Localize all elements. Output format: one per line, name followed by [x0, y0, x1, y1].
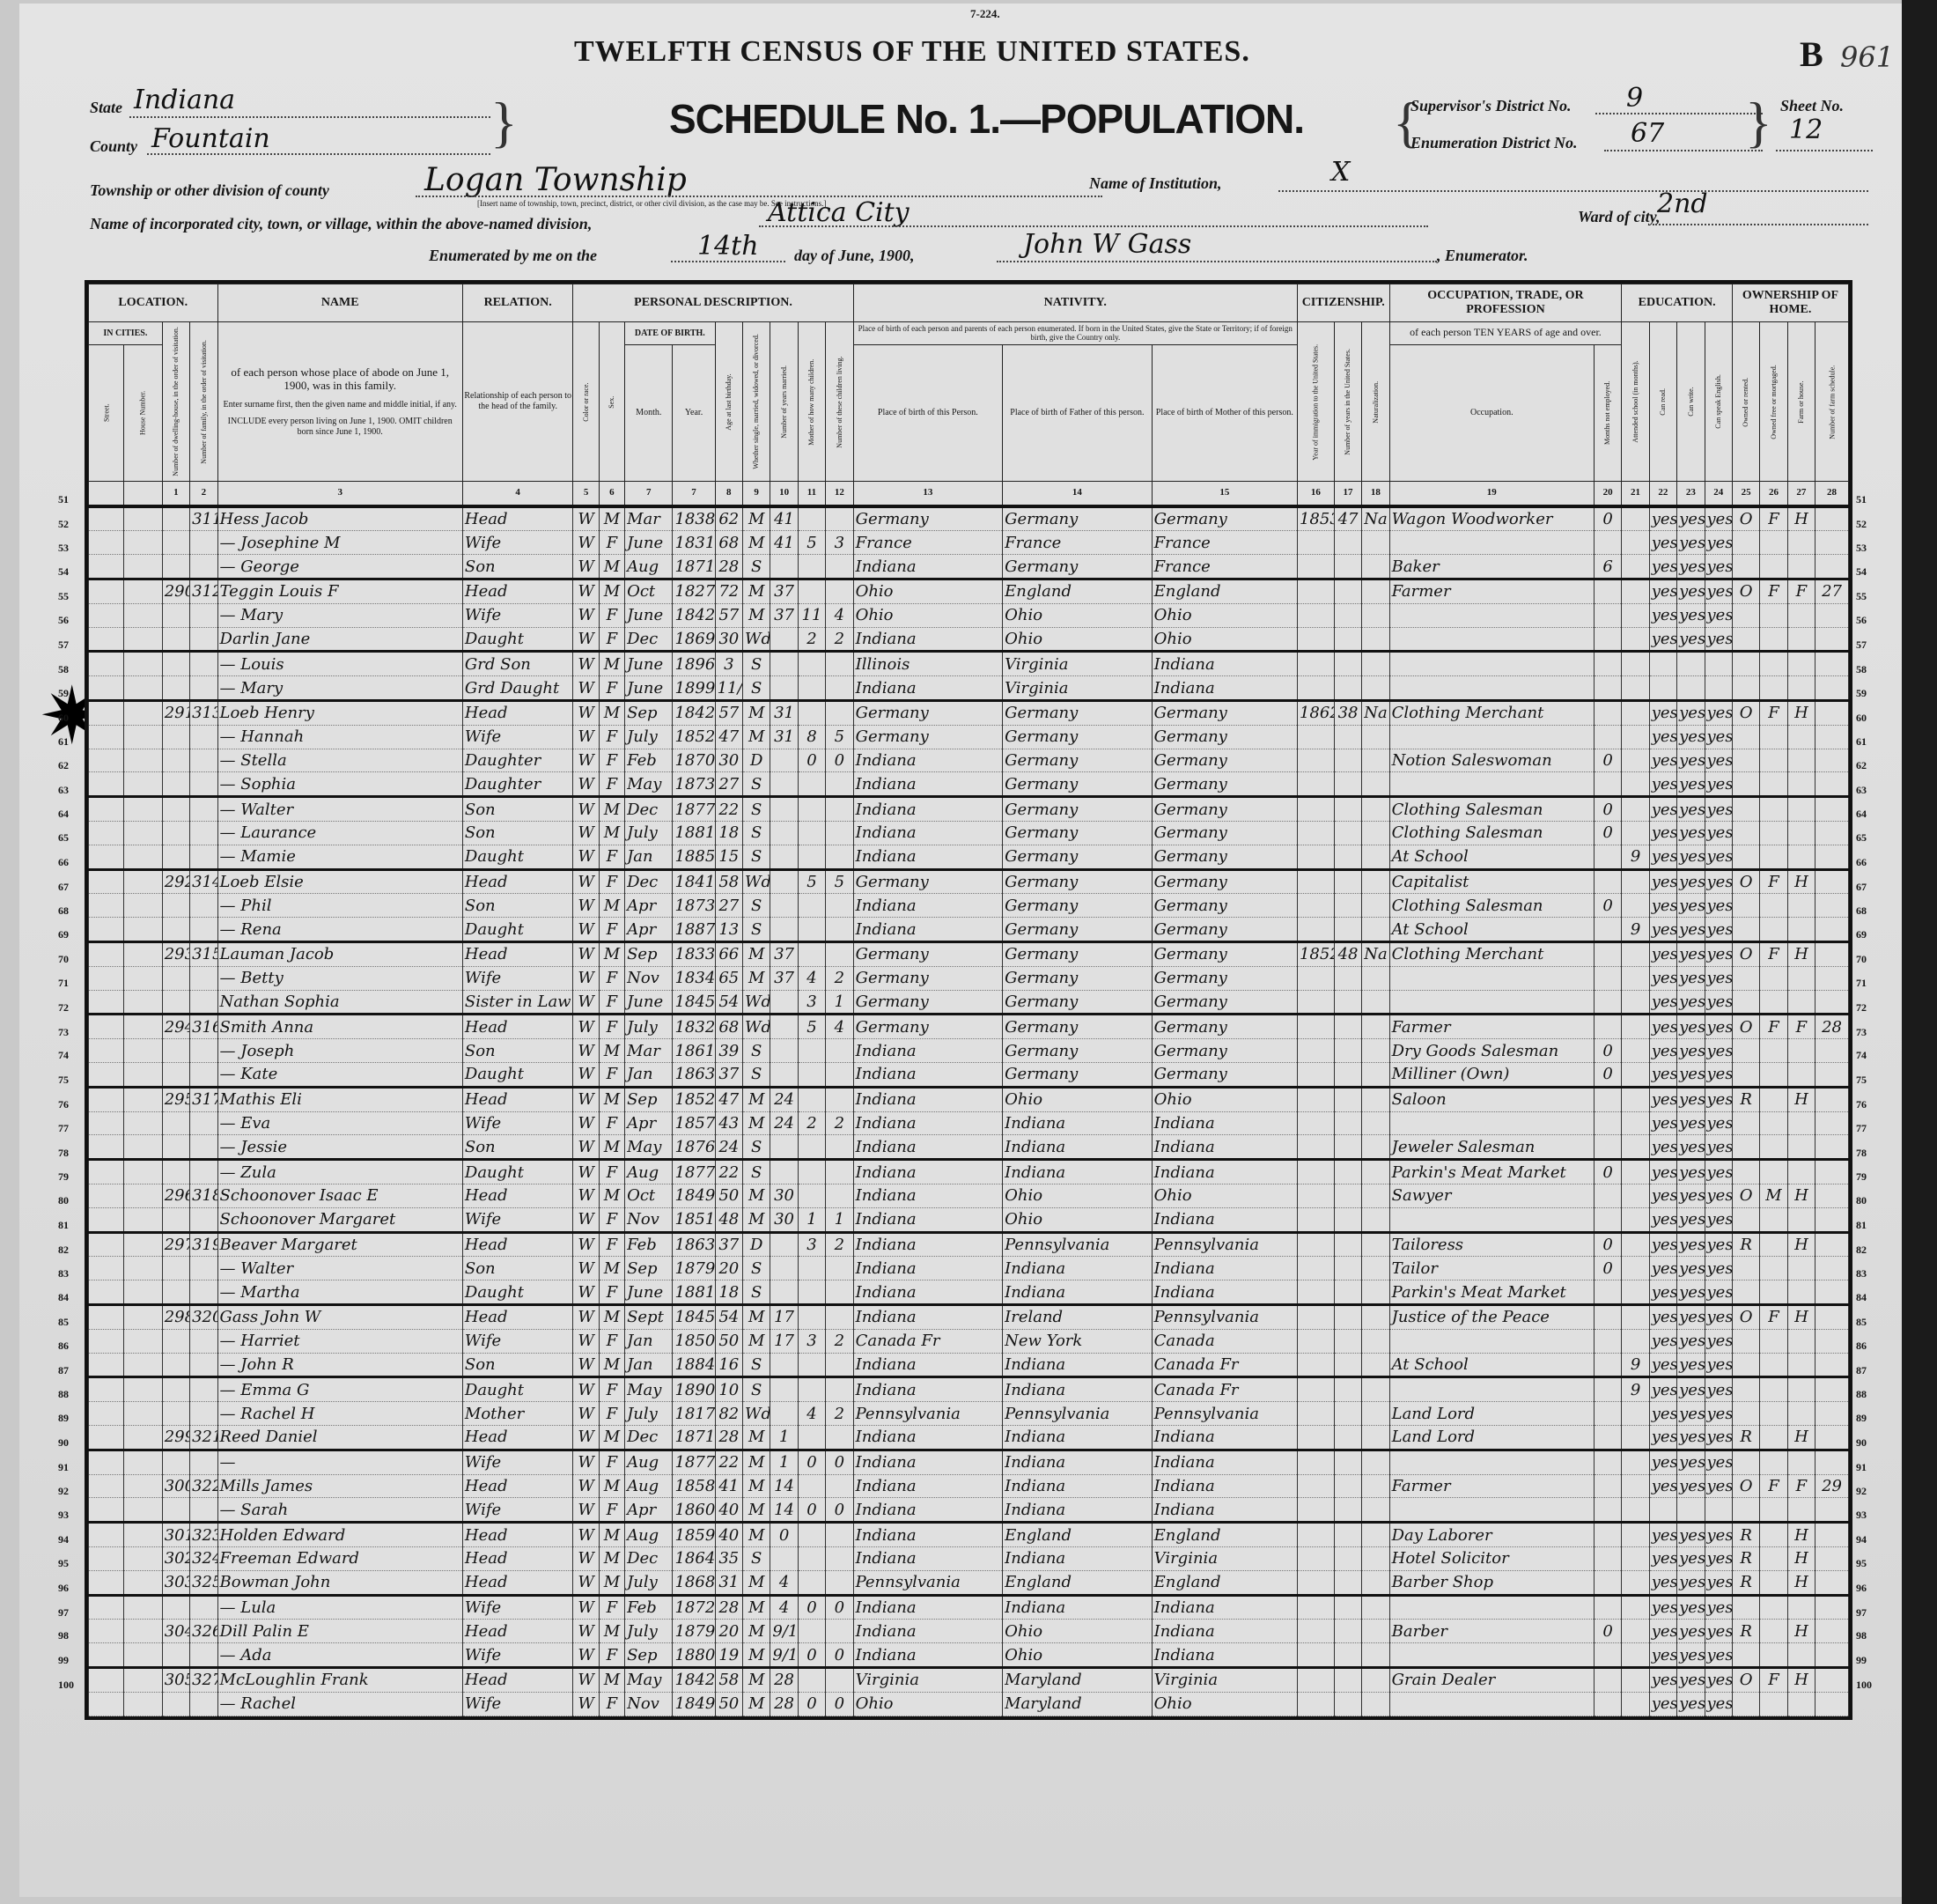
cell-years-married — [770, 894, 798, 918]
cell-months-unemployed — [1594, 845, 1621, 869]
cell-farm-schedule — [1815, 845, 1849, 869]
census-title: TWELFTH CENSUS OF THE UNITED STATES. — [574, 35, 1250, 69]
cell-relation: Wife — [462, 1595, 573, 1620]
cell-farm-house: H — [1787, 1667, 1815, 1692]
cell-years-in-us — [1334, 1667, 1361, 1692]
line-number: 90 — [1856, 1436, 1867, 1450]
cell-birth-month: July — [625, 1620, 673, 1643]
cell-house-number — [123, 1570, 162, 1595]
cell-mother-of: 0 — [798, 1595, 825, 1620]
cell-father-birthplace: Indiana — [1003, 1280, 1153, 1305]
cell-children-living: 0 — [826, 1450, 853, 1474]
cell-can-write: yes — [1677, 555, 1705, 579]
cell-school-months — [1622, 869, 1649, 894]
cell-color: W — [573, 1087, 599, 1111]
cell-marital-status: Wd — [742, 869, 770, 894]
cell-owned-rented — [1732, 555, 1759, 579]
table-row: — StellaDaughterWFFeb187030D00IndianaGer… — [89, 749, 1849, 772]
cell-color: W — [573, 1232, 599, 1257]
cell-can-read: yes — [1649, 627, 1676, 652]
ed-value: 67 — [1631, 118, 1664, 149]
cell-house-number — [123, 1135, 162, 1160]
cell-street — [89, 1523, 124, 1547]
cell-birthplace: Indiana — [853, 1643, 1003, 1668]
cell-owned-rented — [1732, 531, 1759, 555]
cell-birthplace: Indiana — [853, 676, 1003, 701]
cell-owned-rented — [1732, 966, 1759, 990]
cell-birthplace: Indiana — [853, 1063, 1003, 1088]
column-number: 25 — [1732, 481, 1759, 506]
cell-family-number — [190, 1450, 217, 1474]
cell-age: 66 — [715, 942, 742, 967]
cell-school-months — [1622, 555, 1649, 579]
cell-children-living — [826, 1257, 853, 1280]
cell-can-read: yes — [1649, 1135, 1676, 1160]
table-row: — JessieSonWMMay187624SIndianaIndianaInd… — [89, 1135, 1849, 1160]
table-row: — LouisGrd SonWMJune18963SIllinoisVirgin… — [89, 652, 1849, 676]
cell-school-months — [1622, 1474, 1649, 1498]
cell-person-name: — Laurance — [217, 822, 462, 845]
cell-farm-house: H — [1787, 1570, 1815, 1595]
cell-can-write — [1677, 652, 1705, 676]
cell-naturalization — [1362, 531, 1389, 555]
cell-years-married: 37 — [770, 579, 798, 604]
cell-mortgage — [1760, 1523, 1787, 1547]
cell-father-birthplace: Germany — [1003, 822, 1153, 845]
cell-immigration-year — [1297, 555, 1334, 579]
cell-speaks-english: yes — [1705, 1353, 1732, 1377]
cell-person-name: — Rachel H — [217, 1402, 462, 1426]
cell-mother-birthplace: Indiana — [1152, 1207, 1297, 1232]
cell-father-birthplace: New York — [1003, 1329, 1153, 1353]
col-years-married: Number of years married. — [770, 322, 798, 482]
cell-family-number — [190, 797, 217, 822]
cell-occupation: At School — [1389, 845, 1594, 869]
cell-months-unemployed: 0 — [1594, 749, 1621, 772]
col-immigration: Year of immigration to the United States… — [1297, 322, 1334, 482]
brace: } — [490, 90, 518, 155]
cell-father-birthplace: France — [1003, 531, 1153, 555]
cell-family-number: 323 — [190, 1523, 217, 1547]
cell-age: 20 — [715, 1620, 742, 1643]
line-number: 70 — [1856, 953, 1867, 966]
cell-farm-house — [1787, 1450, 1815, 1474]
cell-age: 20 — [715, 1257, 742, 1280]
cell-farm-schedule — [1815, 1184, 1849, 1208]
cell-street — [89, 1425, 124, 1450]
line-number: 92 — [1856, 1485, 1867, 1498]
cell-birthplace: Indiana — [853, 1160, 1003, 1184]
cell-person-name: — Sophia — [217, 772, 462, 797]
cell-immigration-year: 1862 — [1297, 701, 1334, 726]
cell-marital-status: M — [742, 1450, 770, 1474]
cell-family-number: 311 — [190, 506, 217, 531]
cell-person-name: Gass John W — [217, 1304, 462, 1329]
cell-mother-of: 5 — [798, 1015, 825, 1039]
cell-years-married — [770, 797, 798, 822]
cell-years-in-us — [1334, 990, 1361, 1015]
cell-mortgage — [1760, 1039, 1787, 1063]
col-age: Age at last birthday. — [715, 322, 742, 482]
cell-speaks-english: yes — [1705, 531, 1732, 555]
cell-birth-year: 1880 — [673, 1643, 715, 1668]
cell-birth-year: 1858 — [673, 1474, 715, 1498]
cell-house-number — [123, 749, 162, 772]
cell-speaks-english: yes — [1705, 603, 1732, 627]
cell-color: W — [573, 1498, 599, 1523]
cell-can-read — [1649, 1498, 1676, 1523]
cell-father-birthplace: Germany — [1003, 506, 1153, 531]
cell-dwelling-number — [162, 1135, 189, 1160]
header-name: NAME — [217, 284, 462, 322]
cell-street — [89, 1280, 124, 1305]
line-number: 68 — [58, 904, 69, 918]
cell-person-name: Beaver Margaret — [217, 1232, 462, 1257]
cell-owned-rented — [1732, 1353, 1759, 1377]
cell-color: W — [573, 1015, 599, 1039]
line-number: 81 — [58, 1219, 69, 1232]
cell-years-in-us: 47 — [1334, 506, 1361, 531]
cell-school-months — [1622, 1207, 1649, 1232]
cell-years-married: 31 — [770, 701, 798, 726]
cell-months-unemployed — [1594, 869, 1621, 894]
cell-marital-status: S — [742, 676, 770, 701]
cell-birthplace: Indiana — [853, 1207, 1003, 1232]
cell-immigration-year — [1297, 725, 1334, 749]
cell-mother-birthplace: Germany — [1152, 701, 1297, 726]
cell-years-married — [770, 1135, 798, 1160]
cell-street — [89, 1039, 124, 1063]
cell-sex: F — [599, 869, 624, 894]
cell-farm-schedule: 29 — [1815, 1474, 1849, 1498]
cell-occupation — [1389, 627, 1594, 652]
cell-owned-rented — [1732, 652, 1759, 676]
cell-age: 11/12 — [715, 676, 742, 701]
table-row: 295317Mathis EliHeadWMSep185247M24Indian… — [89, 1087, 1849, 1111]
cell-street — [89, 652, 124, 676]
cell-house-number — [123, 725, 162, 749]
cell-can-write: yes — [1677, 725, 1705, 749]
cell-birthplace: Germany — [853, 1015, 1003, 1039]
cell-owned-rented — [1732, 845, 1759, 869]
line-number: 61 — [58, 735, 69, 749]
line-number: 63 — [58, 784, 69, 797]
cell-house-number — [123, 627, 162, 652]
cell-marital-status: M — [742, 701, 770, 726]
line-number: 78 — [58, 1147, 69, 1160]
cell-street — [89, 749, 124, 772]
cell-dwelling-number — [162, 725, 189, 749]
cell-school-months — [1622, 1087, 1649, 1111]
cell-marital-status: S — [742, 772, 770, 797]
line-number: 66 — [58, 856, 69, 869]
cell-sex: M — [599, 1474, 624, 1498]
cell-person-name: Schoonover Margaret — [217, 1207, 462, 1232]
cell-family-number — [190, 749, 217, 772]
schedule-title: SCHEDULE No. 1.—POPULATION. — [669, 95, 1304, 143]
cell-can-read: yes — [1649, 603, 1676, 627]
cell-occupation: Clothing Salesman — [1389, 822, 1594, 845]
cell-years-married: 1 — [770, 1425, 798, 1450]
cell-naturalization — [1362, 1425, 1389, 1450]
line-number: 53 — [58, 542, 69, 555]
col-mortgaged: Owned free or mortgaged. — [1760, 322, 1787, 482]
cell-birth-month: July — [625, 725, 673, 749]
cell-birth-year: 1841 — [673, 869, 715, 894]
cell-person-name: — Phil — [217, 894, 462, 918]
cell-street — [89, 990, 124, 1015]
line-number: 83 — [58, 1267, 69, 1280]
cell-birth-year: 1863 — [673, 1232, 715, 1257]
cell-house-number — [123, 1474, 162, 1498]
table-row: Nathan SophiaSister in LawWFJune184554Wd… — [89, 990, 1849, 1015]
cell-can-read: yes — [1649, 1595, 1676, 1620]
cell-color: W — [573, 1620, 599, 1643]
table-row: — MaryWifeWFJune184257M37114OhioOhioOhio… — [89, 603, 1849, 627]
cell-mother-birthplace: Germany — [1152, 845, 1297, 869]
table-row: — RenaDaughtWFApr188713SIndianaGermanyGe… — [89, 918, 1849, 942]
cell-person-name: — Joseph — [217, 1039, 462, 1063]
cell-occupation — [1389, 1111, 1594, 1135]
cell-relation: Wife — [462, 603, 573, 627]
cell-speaks-english: yes — [1705, 1207, 1732, 1232]
cell-sex: M — [599, 1087, 624, 1111]
line-number: 64 — [1856, 808, 1867, 821]
cell-can-read: yes — [1649, 1111, 1676, 1135]
cell-mother-birthplace: France — [1152, 555, 1297, 579]
cell-person-name: Hess Jacob — [217, 506, 462, 531]
cell-street — [89, 1620, 124, 1643]
cell-farm-schedule — [1815, 701, 1849, 726]
cell-owned-rented — [1732, 1207, 1759, 1232]
cell-farm-schedule — [1815, 1620, 1849, 1643]
cell-farm-schedule — [1815, 627, 1849, 652]
cell-mother-of: 2 — [798, 627, 825, 652]
cell-mortgage — [1760, 1232, 1787, 1257]
cell-immigration-year — [1297, 676, 1334, 701]
cell-dwelling-number — [162, 627, 189, 652]
cell-farm-house: H — [1787, 869, 1815, 894]
cell-color: W — [573, 531, 599, 555]
cell-years-married: 28 — [770, 1667, 798, 1692]
cell-birth-month: Nov — [625, 1207, 673, 1232]
cell-mother-of — [798, 1570, 825, 1595]
cell-can-read: yes — [1649, 1570, 1676, 1595]
cell-birth-month: Nov — [625, 966, 673, 990]
cell-months-unemployed: 0 — [1594, 894, 1621, 918]
cell-children-living: 2 — [826, 1111, 853, 1135]
cell-birthplace: Indiana — [853, 1257, 1003, 1280]
header-citizenship: CITIZENSHIP. — [1297, 284, 1389, 322]
cell-father-birthplace: Germany — [1003, 1063, 1153, 1088]
cell-birth-year: 1832 — [673, 1015, 715, 1039]
cell-school-months — [1622, 1039, 1649, 1063]
cell-speaks-english: yes — [1705, 1111, 1732, 1135]
cell-father-birthplace: Germany — [1003, 701, 1153, 726]
cell-farm-house — [1787, 749, 1815, 772]
cell-street — [89, 772, 124, 797]
cell-marital-status: M — [742, 1643, 770, 1668]
cell-can-read — [1649, 652, 1676, 676]
cell-can-read: yes — [1649, 1474, 1676, 1498]
cell-marital-status: S — [742, 1353, 770, 1377]
cell-can-write: yes — [1677, 1280, 1705, 1305]
cell-months-unemployed — [1594, 627, 1621, 652]
cell-farm-schedule — [1815, 772, 1849, 797]
cell-farm-house: F — [1787, 1015, 1815, 1039]
table-row: 297319Beaver MargaretHeadWFFeb186337D32I… — [89, 1232, 1849, 1257]
cell-immigration-year — [1297, 531, 1334, 555]
cell-children-living — [826, 772, 853, 797]
cell-house-number — [123, 1667, 162, 1692]
cell-farm-schedule — [1815, 1039, 1849, 1063]
line-number: 55 — [1856, 590, 1867, 603]
cell-years-in-us — [1334, 1595, 1361, 1620]
line-number: 52 — [1856, 518, 1867, 531]
cell-farm-house — [1787, 894, 1815, 918]
cell-can-read: yes — [1649, 506, 1676, 531]
township-label: Township or other division of county — [90, 181, 329, 200]
cell-years-in-us — [1334, 845, 1361, 869]
cell-birth-year: 1881 — [673, 822, 715, 845]
line-number: 73 — [58, 1026, 69, 1039]
cell-age: 15 — [715, 845, 742, 869]
cell-years-married — [770, 1160, 798, 1184]
cell-relation: Wife — [462, 1498, 573, 1523]
line-number: 75 — [1856, 1074, 1867, 1087]
cell-street — [89, 845, 124, 869]
cell-immigration-year — [1297, 1546, 1334, 1570]
cell-months-unemployed — [1594, 1184, 1621, 1208]
cell-farm-schedule — [1815, 1207, 1849, 1232]
header-occupation: OCCUPATION, TRADE, OR PROFESSION — [1389, 284, 1622, 322]
cell-mother-birthplace: Indiana — [1152, 1498, 1297, 1523]
line-number: 65 — [1856, 831, 1867, 845]
cell-sex: M — [599, 894, 624, 918]
cell-marital-status: S — [742, 652, 770, 676]
cell-mother-birthplace: Canada Fr — [1152, 1353, 1297, 1377]
col-years-us: Number of years in the United States. — [1334, 322, 1361, 482]
cell-birth-month: Dec — [625, 627, 673, 652]
cell-birth-month: Apr — [625, 1498, 673, 1523]
cell-school-months — [1622, 894, 1649, 918]
enumerated-label: Enumerated by me on the — [429, 247, 597, 265]
cell-person-name: — Emma G — [217, 1377, 462, 1402]
line-number: 93 — [58, 1509, 69, 1522]
cell-age: 58 — [715, 1667, 742, 1692]
cell-family-number: 320 — [190, 1304, 217, 1329]
cell-person-name: Dill Palin E — [217, 1620, 462, 1643]
line-number: 94 — [58, 1533, 69, 1546]
header-relation: RELATION. — [462, 284, 573, 322]
cell-family-number: 321 — [190, 1425, 217, 1450]
line-number: 71 — [1856, 977, 1867, 990]
col-owned: Owned or rented. — [1732, 322, 1759, 482]
cell-relation: Wife — [462, 966, 573, 990]
cell-color: W — [573, 1377, 599, 1402]
cell-mortgage — [1760, 1595, 1787, 1620]
cell-occupation: Capitalist — [1389, 869, 1594, 894]
line-number: 72 — [1856, 1001, 1867, 1015]
cell-family-number: 312 — [190, 579, 217, 604]
cell-can-write: yes — [1677, 845, 1705, 869]
cell-owned-rented — [1732, 1160, 1759, 1184]
cell-occupation: Clothing Merchant — [1389, 701, 1594, 726]
cell-street — [89, 1135, 124, 1160]
cell-relation: Daught — [462, 918, 573, 942]
cell-can-read: yes — [1649, 701, 1676, 726]
line-number: 87 — [1856, 1364, 1867, 1377]
cell-family-number — [190, 725, 217, 749]
header-occupation-desc: of each person TEN YEARS of age and over… — [1389, 322, 1622, 345]
cell-mortgage — [1760, 1692, 1787, 1716]
cell-birth-month: Apr — [625, 918, 673, 942]
cell-birthplace: Germany — [853, 725, 1003, 749]
cell-sex: F — [599, 845, 624, 869]
cell-birth-month: Mar — [625, 506, 673, 531]
cell-speaks-english: yes — [1705, 1280, 1732, 1305]
cell-can-write: yes — [1677, 1402, 1705, 1426]
cell-mother-of — [798, 676, 825, 701]
cell-color: W — [573, 1063, 599, 1088]
cell-person-name: Darlin Jane — [217, 627, 462, 652]
cell-immigration-year — [1297, 1135, 1334, 1160]
cell-family-number — [190, 772, 217, 797]
cell-speaks-english: yes — [1705, 627, 1732, 652]
cell-owned-rented: R — [1732, 1425, 1759, 1450]
cell-street — [89, 1160, 124, 1184]
cell-birth-year: 1871 — [673, 555, 715, 579]
cell-age: 28 — [715, 1595, 742, 1620]
cell-birth-month: June — [625, 652, 673, 676]
cell-can-read: yes — [1649, 1015, 1676, 1039]
cell-years-married — [770, 676, 798, 701]
cell-mortgage — [1760, 966, 1787, 990]
cell-dwelling-number — [162, 990, 189, 1015]
cell-mother-of — [798, 1377, 825, 1402]
cell-owned-rented: R — [1732, 1087, 1759, 1111]
cell-person-name: Loeb Henry — [217, 701, 462, 726]
cell-marital-status: M — [742, 1523, 770, 1547]
cell-can-read: yes — [1649, 725, 1676, 749]
col-sex: Sex. — [599, 322, 624, 482]
cell-months-unemployed: 6 — [1594, 555, 1621, 579]
cell-dwelling-number — [162, 749, 189, 772]
cell-birth-year: 1833 — [673, 942, 715, 967]
cell-street — [89, 1063, 124, 1088]
cell-family-number — [190, 1353, 217, 1377]
cell-immigration-year — [1297, 1063, 1334, 1088]
cell-naturalization — [1362, 1063, 1389, 1088]
cell-house-number — [123, 531, 162, 555]
cell-father-birthplace: Pennsylvania — [1003, 1232, 1153, 1257]
cell-birth-year: 1869 — [673, 627, 715, 652]
cell-can-write: yes — [1677, 1063, 1705, 1088]
cell-age: 31 — [715, 1570, 742, 1595]
cell-birth-month: July — [625, 1015, 673, 1039]
cell-age: 54 — [715, 990, 742, 1015]
cell-marital-status: M — [742, 1570, 770, 1595]
cell-years-in-us — [1334, 579, 1361, 604]
cell-naturalization — [1362, 918, 1389, 942]
cell-sex: M — [599, 579, 624, 604]
line-number: 59 — [58, 687, 69, 700]
cell-relation: Son — [462, 1039, 573, 1063]
cell-farm-house — [1787, 1353, 1815, 1377]
cell-birth-month: Dec — [625, 1546, 673, 1570]
cell-school-months: 9 — [1622, 1377, 1649, 1402]
cell-can-write: yes — [1677, 1207, 1705, 1232]
